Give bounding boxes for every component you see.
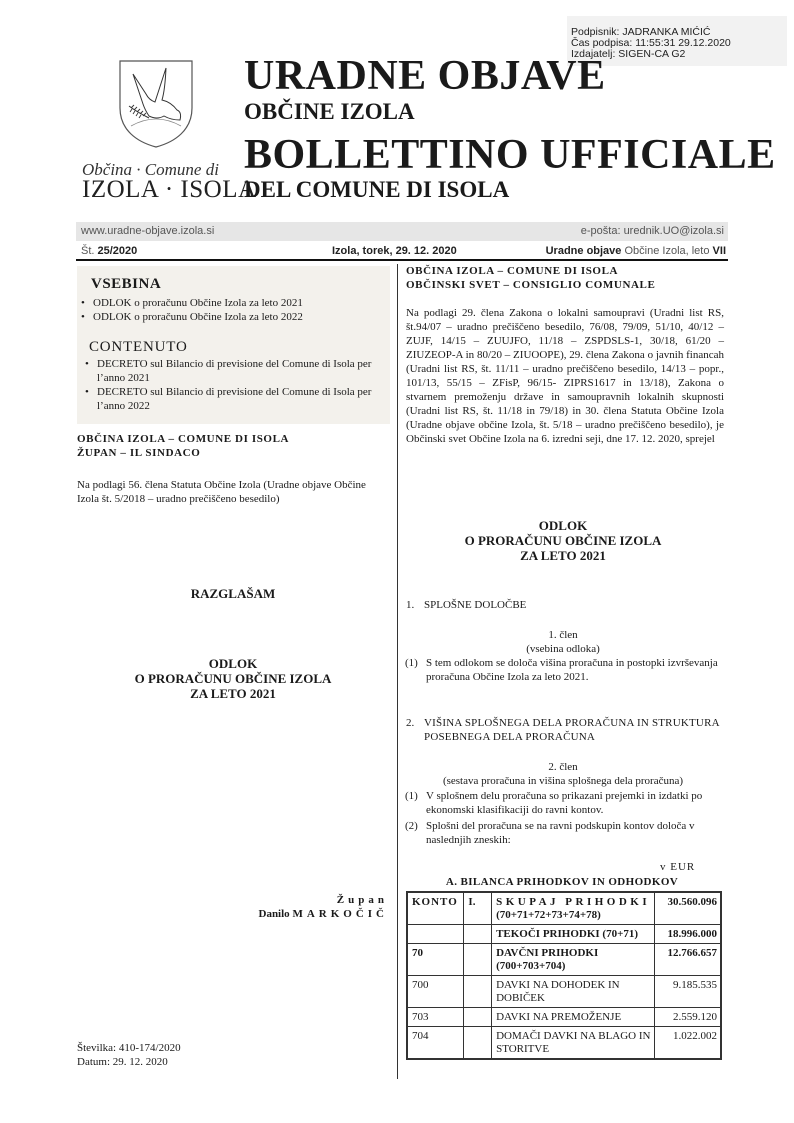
- website-link[interactable]: www.uradne-objave.izola.si: [81, 225, 214, 241]
- left-preamble: Na podlagi 56. člena Statuta Občine Izol…: [77, 478, 389, 506]
- section-2-heading: 2. VIŠINA SPLOŠNEGA DELA PRORAČUNA IN ST…: [406, 716, 724, 744]
- paragraph-number: (1): [405, 656, 418, 670]
- toc-item[interactable]: ODLOK o proračunu Občine Izola za leto 2…: [81, 296, 303, 310]
- web-bar: www.uradne-objave.izola.si e-pošta: ured…: [76, 222, 728, 241]
- crest-caption-line2: IZOLA · ISOLA: [82, 176, 257, 204]
- table-title: A. BILANCA PRIHODKOV IN ODHODKOV: [402, 876, 722, 888]
- label-cell: DAVKI NA PREMOŽENJE: [492, 1008, 655, 1027]
- table-row: 70DAVČNI PRIHODKI(700+703+704)12.766.657: [407, 944, 721, 976]
- group-cell: [464, 976, 492, 1008]
- toc-list-it: DECRETO sul Bilancio di previsione del C…: [85, 357, 385, 413]
- article-2-paragraph: (2) Splošni del proračuna se na ravni po…: [405, 819, 725, 847]
- left-decree-title: ODLOK O PRORAČUNU OBČINE IZOLA ZA LETO 2…: [77, 656, 389, 701]
- mayor-signature: Župan Danilo MARKOČIČ: [160, 893, 388, 921]
- paragraph-text: Splošni del proračuna se na ravni podsku…: [426, 819, 725, 847]
- article-1-heading: 1. člen (vsebina odloka): [402, 628, 724, 656]
- masthead-subtitle-sl: OBČINE IZOLA: [244, 100, 415, 124]
- label-cell: TEKOČI PRIHODKI (70+71): [492, 925, 655, 944]
- title-line: ODLOK: [402, 518, 724, 533]
- currency-label: v EUR: [660, 861, 695, 873]
- document-number-date: Številka: 410-174/2020 Datum: 29. 12. 20…: [77, 1041, 181, 1069]
- title-line: ODLOK: [77, 656, 389, 671]
- title-line: O PRORAČUNU OBČINE IZOLA: [77, 671, 389, 686]
- konto-cell: 703: [407, 1008, 464, 1027]
- table-of-contents: VSEBINA ODLOK o proračunu Občine Izola z…: [77, 266, 390, 424]
- publication-year: Uradne objave Občine Izola, leto VII: [546, 245, 726, 257]
- konto-cell: [407, 925, 464, 944]
- article-title: 2. člen: [402, 760, 724, 774]
- article-subtitle: (vsebina odloka): [402, 642, 724, 656]
- konto-cell: 70: [407, 944, 464, 976]
- amount-cell: 1.022.002: [654, 1027, 721, 1060]
- group-cell: [464, 925, 492, 944]
- section-number: 2.: [406, 716, 414, 730]
- group-cell: [464, 944, 492, 976]
- section-1-heading: 1.SPLOŠNE DOLOČBE: [406, 598, 724, 612]
- paragraph-number: (1): [405, 789, 418, 803]
- label-cell: SKUPAJ PRIHODKI(70+71+72+73+74+78): [492, 892, 655, 925]
- section-title: SPLOŠNE DOLOČBE: [424, 599, 526, 611]
- authority-line: ŽUPAN – IL SINDACO: [77, 446, 387, 460]
- table-row: KONTOI.SKUPAJ PRIHODKI(70+71+72+73+74+78…: [407, 892, 721, 925]
- title-line: ZA LETO 2021: [402, 548, 724, 563]
- label-cell: DAVKI NA DOHODEK IN DOBIČEK: [492, 976, 655, 1008]
- right-authority: OBČINA IZOLA – COMUNE DI ISOLA OBČINSKI …: [406, 264, 726, 292]
- konto-cell: 700: [407, 976, 464, 1008]
- konto-cell: 704: [407, 1027, 464, 1060]
- masthead-title-sl: URADNE OBJAVE: [244, 54, 606, 98]
- authority-line: OBČINSKI SVET – CONSIGLIO COMUNALE: [406, 278, 726, 292]
- konto-cell: KONTO: [407, 892, 464, 925]
- issue-info-bar: Št. 25/2020 Izola, torek, 29. 12. 2020 U…: [76, 242, 728, 261]
- toc-list-sl: ODLOK o proračunu Občine Izola za leto 2…: [81, 296, 303, 324]
- amount-cell: 18.996.000: [654, 925, 721, 944]
- amount-cell: 2.559.120: [654, 1008, 721, 1027]
- document-date: Datum: 29. 12. 2020: [77, 1055, 181, 1069]
- group-cell: [464, 1008, 492, 1027]
- article-subtitle: (sestava proračuna in višina splošnega d…: [402, 774, 724, 788]
- paragraph-text: V splošnem delu proračuna so prikazani p…: [426, 789, 725, 817]
- toc-item[interactable]: DECRETO sul Bilancio di previsione del C…: [85, 357, 385, 385]
- table-row: 700DAVKI NA DOHODEK IN DOBIČEK9.185.535: [407, 976, 721, 1008]
- toc-item[interactable]: DECRETO sul Bilancio di previsione del C…: [85, 385, 385, 413]
- toc-heading-it: CONTENUTO: [89, 339, 188, 356]
- article-title: 1. člen: [402, 628, 724, 642]
- balance-table: KONTOI.SKUPAJ PRIHODKI(70+71+72+73+74+78…: [406, 891, 722, 1060]
- place-date: Izola, torek, 29. 12. 2020: [332, 245, 457, 257]
- label-cell: DAVČNI PRIHODKI(700+703+704): [492, 944, 655, 976]
- amount-cell: 9.185.535: [654, 976, 721, 1008]
- label-cell: DOMAČI DAVKI NA BLAGO IN STORITVE: [492, 1027, 655, 1060]
- article-1-paragraph: (1) S tem odlokom se določa višina prora…: [405, 656, 725, 684]
- group-cell: I.: [464, 892, 492, 925]
- table-row: 703DAVKI NA PREMOŽENJE2.559.120: [407, 1008, 721, 1027]
- article-2-paragraph: (1) V splošnem delu proračuna so prikaza…: [405, 789, 725, 817]
- dove-coat-of-arms-icon: [119, 60, 193, 148]
- mayor-name: Danilo MARKOČIČ: [160, 907, 388, 921]
- issue-number: Št. 25/2020: [81, 245, 137, 257]
- table-row: 704DOMAČI DAVKI NA BLAGO IN STORITVE1.02…: [407, 1027, 721, 1060]
- masthead-title-it: BOLLETTINO UFFICIALE: [244, 133, 776, 177]
- document-number: Številka: 410-174/2020: [77, 1041, 181, 1055]
- group-cell: [464, 1027, 492, 1060]
- amount-cell: 30.560.096: [654, 892, 721, 925]
- right-decree-title: ODLOK O PRORAČUNU OBČINE IZOLA ZA LETO 2…: [402, 518, 724, 563]
- section-title: VIŠINA SPLOŠNEGA DELA PRORAČUNA IN STRUK…: [424, 716, 724, 744]
- title-line: O PRORAČUNU OBČINE IZOLA: [402, 533, 724, 548]
- paragraph-text: S tem odlokom se določa višina proračuna…: [426, 656, 725, 684]
- authority-line: OBČINA IZOLA – COMUNE DI ISOLA: [406, 264, 726, 278]
- section-number: 1.: [406, 598, 424, 612]
- title-line: ZA LETO 2021: [77, 686, 389, 701]
- left-authority: OBČINA IZOLA – COMUNE DI ISOLA ŽUPAN – I…: [77, 432, 387, 460]
- amount-cell: 12.766.657: [654, 944, 721, 976]
- paragraph-number: (2): [405, 819, 418, 833]
- masthead-subtitle-it: DEL COMUNE DI ISOLA: [244, 178, 509, 202]
- proclaim-heading: RAZGLAŠAM: [77, 586, 389, 601]
- toc-item[interactable]: ODLOK o proračunu Občine Izola za leto 2…: [81, 310, 303, 324]
- article-2-heading: 2. člen (sestava proračuna in višina spl…: [402, 760, 724, 788]
- mayor-title: Župan: [160, 893, 388, 907]
- column-divider: [397, 264, 398, 1079]
- authority-line: OBČINA IZOLA – COMUNE DI ISOLA: [77, 432, 387, 446]
- toc-heading-sl: VSEBINA: [91, 276, 161, 293]
- table-row: TEKOČI PRIHODKI (70+71)18.996.000: [407, 925, 721, 944]
- right-preamble: Na podlagi 29. člena Zakona o lokalni sa…: [406, 306, 724, 446]
- email-link[interactable]: e-pošta: urednik.UO@izola.si: [581, 225, 724, 241]
